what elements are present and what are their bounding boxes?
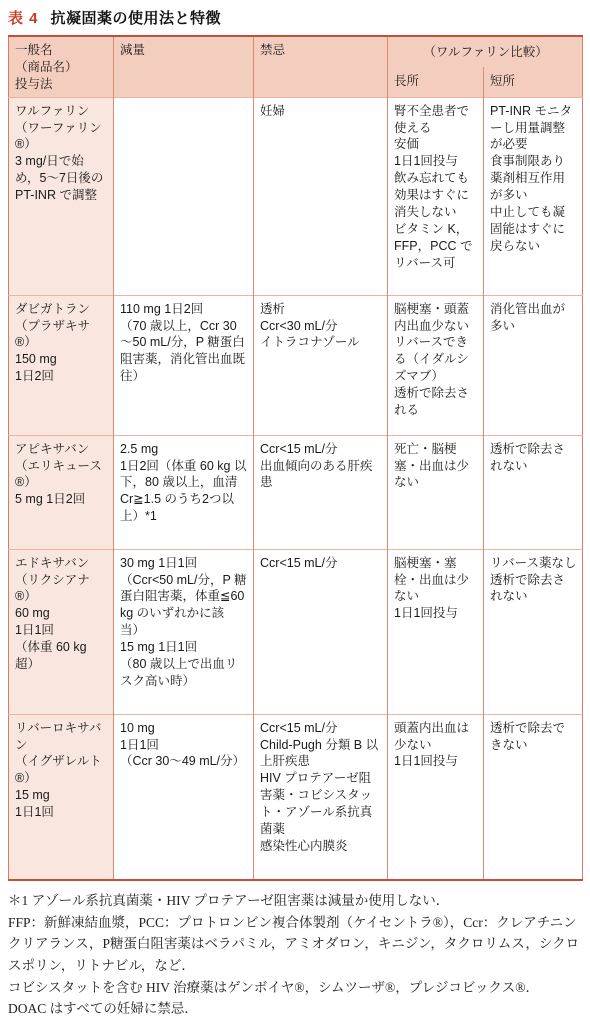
- footnotes: ＊1 アゾール系抗真菌薬・HIV プロテアーゼ阻害薬は減量か使用しない． FFP…: [8, 890, 582, 1020]
- table-caption: 表 4 抗凝固薬の使用法と特徴: [8, 7, 582, 28]
- header-pros: 長所: [388, 67, 484, 97]
- drug-name-cell: エドキサバン （リクシアナ®） 60 mg 1日1回 （体重 60 kg 超）: [9, 549, 114, 714]
- table-header: 一般名 （商品名） 投与法 減量 禁忌 （ワルファリン比較） 長所 短所: [9, 36, 583, 97]
- dose-reduction-cell: 10 mg 1日1回 （Ccr 30～49 mL/分）: [114, 714, 254, 880]
- drug-name-cell: ダビガトラン （プラザキサ®） 150 mg 1日2回: [9, 295, 114, 435]
- contraindication-cell: 透析 Ccr<30 mL/分 イトラコナゾール: [254, 295, 388, 435]
- drug-name-cell: ワルファリン （ワーファリン®） 3 mg/日で始め，5～7日後の PT-INR…: [9, 97, 114, 295]
- footnote-asterisk1: ＊1 アゾール系抗真菌薬・HIV プロテアーゼ阻害薬は減量か使用しない．: [8, 890, 582, 912]
- table-row-warfarin: ワルファリン （ワーファリン®） 3 mg/日で始め，5～7日後の PT-INR…: [9, 97, 583, 295]
- footnote-cobicistat: コビシスタットを含む HIV 治療薬はゲンボイヤ®，シムツーザ®，プレジコビック…: [8, 977, 582, 999]
- cons-cell: 消化管出血が多い: [484, 295, 583, 435]
- contraindication-cell: Ccr<15 mL/分 Child-Pugh 分類 B 以上肝疾患 HIV プロ…: [254, 714, 388, 880]
- page-title: 抗凝固薬の使用法と特徴: [51, 7, 222, 28]
- cons-cell: 透析で除去されない: [484, 435, 583, 549]
- pros-cell: 死亡・脳梗塞・出血は少ない: [388, 435, 484, 549]
- header-warfarin-comparison: （ワルファリン比較）: [388, 36, 583, 67]
- pros-cell: 腎不全患者で使える 安価 1日1回投与 飲み忘れても効果はすぐに消失しない ビタ…: [388, 97, 484, 295]
- page: 表 4 抗凝固薬の使用法と特徴 一般名 （商品名） 投与法 減量 禁忌 （ワルフ…: [0, 0, 590, 1030]
- table-row-rivaroxaban: リバーロキサバン （イグザレルト®） 15 mg 1日1回 10 mg 1日1回…: [9, 714, 583, 880]
- footnote-abbreviations: FFP：新鮮凍結血漿，PCC：プロトロンビン複合体製剤（ケイセントラ®），Ccr…: [8, 912, 582, 977]
- contraindication-cell: 妊婦: [254, 97, 388, 295]
- header-dose-reduction: 減量: [114, 36, 254, 97]
- cons-cell: リバース薬なし 透析で除去されない: [484, 549, 583, 714]
- table-row-dabigatran: ダビガトラン （プラザキサ®） 150 mg 1日2回 110 mg 1日2回 …: [9, 295, 583, 435]
- contraindication-cell: Ccr<15 mL/分: [254, 549, 388, 714]
- dose-reduction-cell: 30 mg 1日1回 （Ccr<50 mL/分，P 糖蛋白阻害薬，体重≦60 k…: [114, 549, 254, 714]
- pros-cell: 脳梗塞・頭蓋内出血少ない リバースできる（イダルシズマブ） 透析で除去される: [388, 295, 484, 435]
- table-row-edoxaban: エドキサバン （リクシアナ®） 60 mg 1日1回 （体重 60 kg 超） …: [9, 549, 583, 714]
- header-contraindication: 禁忌: [254, 36, 388, 97]
- header-cons: 短所: [484, 67, 583, 97]
- drug-name-cell: アピキサバン （エリキュース®） 5 mg 1日2回: [9, 435, 114, 549]
- cons-cell: 透析で除去できない: [484, 714, 583, 880]
- table-number: 表 4: [8, 7, 39, 28]
- table-row-apixaban: アピキサバン （エリキュース®） 5 mg 1日2回 2.5 mg 1日2回（体…: [9, 435, 583, 549]
- table-body: ワルファリン （ワーファリン®） 3 mg/日で始め，5～7日後の PT-INR…: [9, 97, 583, 880]
- dose-reduction-cell: [114, 97, 254, 295]
- cons-cell: PT-INR モニターし用量調整が必要 食事制限あり 薬剤相互作用が多い 中止し…: [484, 97, 583, 295]
- dose-reduction-cell: 2.5 mg 1日2回（体重 60 kg 以下，80 歳以上，血清 Cr≧1.5…: [114, 435, 254, 549]
- drug-name-cell: リバーロキサバン （イグザレルト®） 15 mg 1日1回: [9, 714, 114, 880]
- contraindication-cell: Ccr<15 mL/分 出血傾向のある肝疾患: [254, 435, 388, 549]
- header-generic-name: 一般名 （商品名） 投与法: [9, 36, 114, 97]
- header-row-group: 一般名 （商品名） 投与法 減量 禁忌 （ワルファリン比較）: [9, 36, 583, 67]
- dose-reduction-cell: 110 mg 1日2回 （70 歳以上，Ccr 30～50 mL/分，P 糖蛋白…: [114, 295, 254, 435]
- footnote-doac-pregnancy: DOAC はすべての妊婦に禁忌．: [8, 998, 582, 1020]
- pros-cell: 脳梗塞・塞栓・出血は少ない 1日1回投与: [388, 549, 484, 714]
- pros-cell: 頭蓋内出血は少ない 1日1回投与: [388, 714, 484, 880]
- anticoagulant-table: 一般名 （商品名） 投与法 減量 禁忌 （ワルファリン比較） 長所 短所 ワルフ…: [8, 35, 583, 881]
